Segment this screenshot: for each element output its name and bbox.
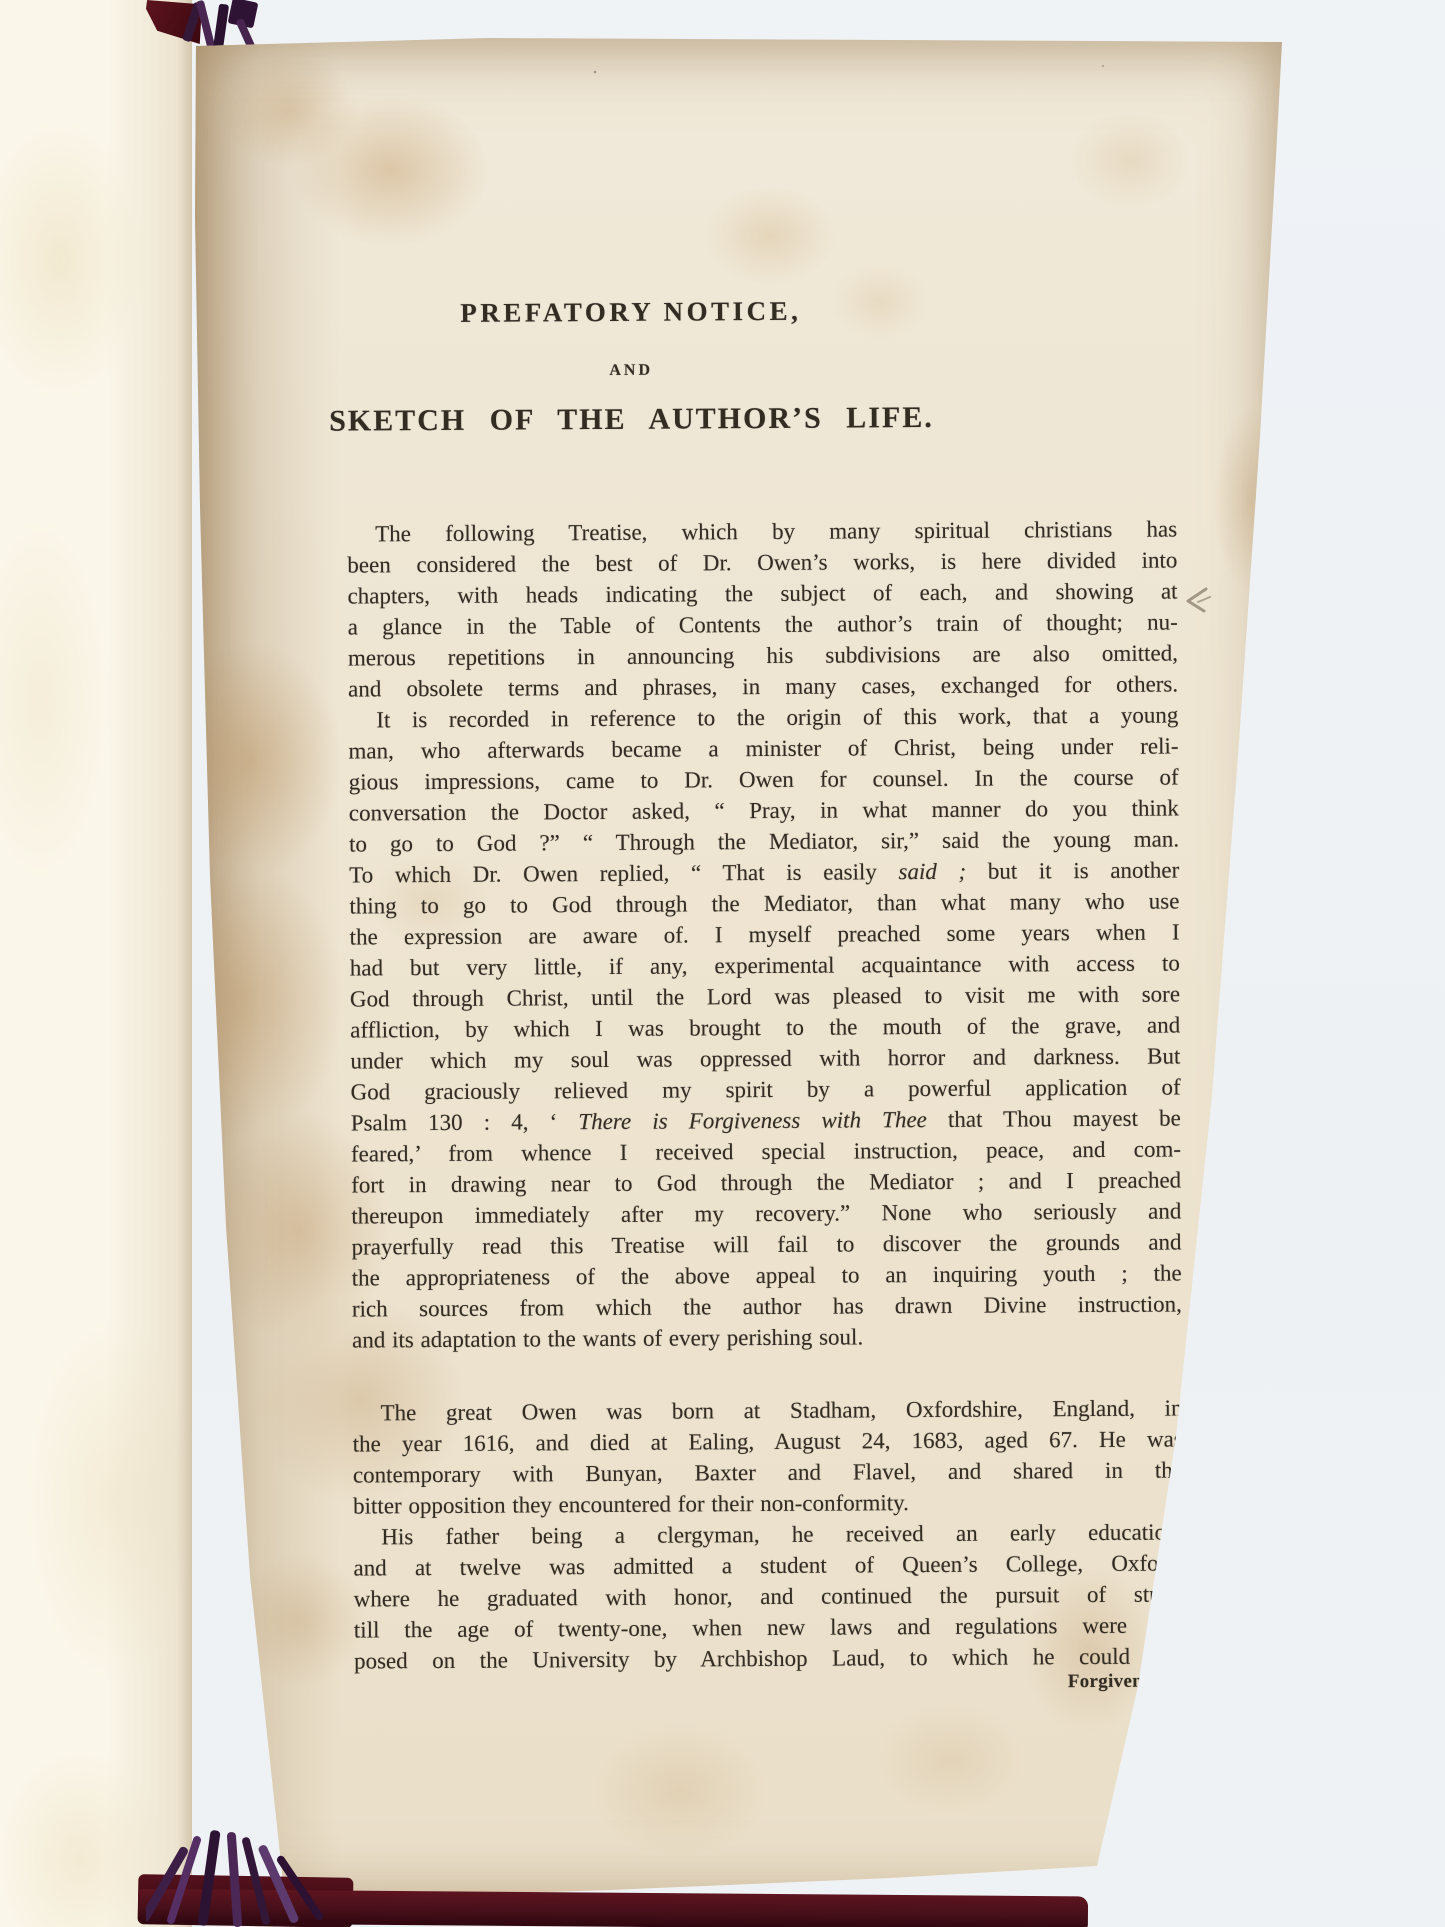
paragraph-2: It is recorded in reference to the origi… <box>348 699 1182 1355</box>
text-line: the appropriateness of the above appeal … <box>352 1257 1182 1293</box>
pencil-mark <box>1182 585 1212 619</box>
text-segment: Psalm 130 : 4, ‘ <box>351 1109 579 1135</box>
text-line: and its adaptation to the wants of every… <box>352 1319 1182 1355</box>
text-line: till the age of twenty-one, when new law… <box>354 1609 1184 1645</box>
text-segment: but it is another <box>966 857 1179 883</box>
paragraph-1: The following Treatise, which by many sp… <box>347 513 1178 704</box>
text-line: To which Dr. Owen replied, “ That is eas… <box>349 854 1179 890</box>
text-line: the expression are aware of. I myself pr… <box>350 916 1180 952</box>
text-line: chapters, with heads indicating the subj… <box>347 575 1177 611</box>
printed-text-column: PREFATORY NOTICE, AND SKETCH OF THE AUTH… <box>346 292 1185 1698</box>
thread-strand <box>213 4 229 51</box>
text-segment: To which Dr. Owen replied, “ That is eas… <box>349 859 898 887</box>
text-line: His father being a clergyman, he receive… <box>353 1516 1183 1552</box>
bookmark-tassel <box>146 1826 376 1927</box>
text-line: the year 1616, and died at Ealing, Augus… <box>353 1423 1183 1459</box>
text-line: feared,’ from whence I received special … <box>351 1133 1181 1169</box>
text-line: had but very little, if any, experimenta… <box>350 947 1180 983</box>
text-line: bitter opposition they encountered for t… <box>353 1485 1183 1521</box>
text-line: conversation the Doctor asked, “ Pray, i… <box>349 792 1179 828</box>
text-line: prayerfully read this Treatise will fail… <box>351 1226 1181 1262</box>
text-line: and at twelve was admitted a student of … <box>353 1547 1183 1583</box>
paragraph-3: The great Owen was born at Stadham, Oxfo… <box>352 1392 1183 1521</box>
text-line: The great Owen was born at Stadham, Oxfo… <box>352 1392 1182 1428</box>
text-line: man, who afterwards became a minister of… <box>348 730 1178 766</box>
text-line: affliction, by which I was brought to th… <box>350 1009 1180 1045</box>
text-line: posed on the University by Archbishop La… <box>354 1640 1184 1676</box>
text-line: under which my soul was oppressed with h… <box>350 1040 1180 1076</box>
text-line: Psalm 130 : 4, ‘ There is Forgiveness wi… <box>351 1102 1181 1138</box>
book-photo: PREFATORY NOTICE, AND SKETCH OF THE AUTH… <box>0 0 1445 1927</box>
text-line: a glance in the Table of Contents the au… <box>348 606 1178 642</box>
text-line: God graciously relieved my spirit by a p… <box>350 1071 1180 1107</box>
text-line: been considered the best of Dr. Owen’s w… <box>347 544 1177 580</box>
text-line: to go to God ?” “ Through the Mediator, … <box>349 823 1179 859</box>
text-line: It is recorded in reference to the origi… <box>348 699 1178 735</box>
italic-text: said ; <box>898 859 966 884</box>
text-line: rich sources from which the author has d… <box>352 1288 1182 1324</box>
tassel-strand <box>227 1832 243 1927</box>
book-page: PREFATORY NOTICE, AND SKETCH OF THE AUTH… <box>190 36 1290 1914</box>
text-line: thing to go to God through the Mediator,… <box>349 885 1179 921</box>
paragraph-4: His father being a clergyman, he receive… <box>353 1516 1184 1676</box>
text-line: God through Christ, until the Lord was p… <box>350 978 1180 1014</box>
tassel-strand <box>197 1830 220 1926</box>
text-line: fort in drawing near to God through the … <box>351 1164 1181 1200</box>
page-title: PREFATORY NOTICE, <box>216 293 1046 330</box>
text-line: merous repetitions in announcing his sub… <box>348 637 1178 673</box>
title-conjunction: AND <box>216 358 1046 383</box>
text-line: thereupon immediately after my recovery.… <box>351 1195 1181 1231</box>
text-line: The following Treatise, which by many sp… <box>347 513 1177 549</box>
page-headings: PREFATORY NOTICE, AND SKETCH OF THE AUTH… <box>216 293 1047 441</box>
text-line: gious impressions, came to Dr. Owen for … <box>349 761 1179 797</box>
text-line: contemporary with Bunyan, Baxter and Fla… <box>353 1454 1183 1490</box>
text-line: and obsolete terms and phrases, in many … <box>348 668 1178 704</box>
page-stack-edge <box>0 0 192 1927</box>
text-segment: that Thou mayest be <box>927 1105 1181 1132</box>
italic-text: There is Forgiveness with Thee <box>578 1107 927 1134</box>
text-line: where he graduated with honor, and conti… <box>354 1578 1184 1614</box>
page-subtitle: SKETCH OF THE AUTHOR’S LIFE. <box>216 398 1046 441</box>
